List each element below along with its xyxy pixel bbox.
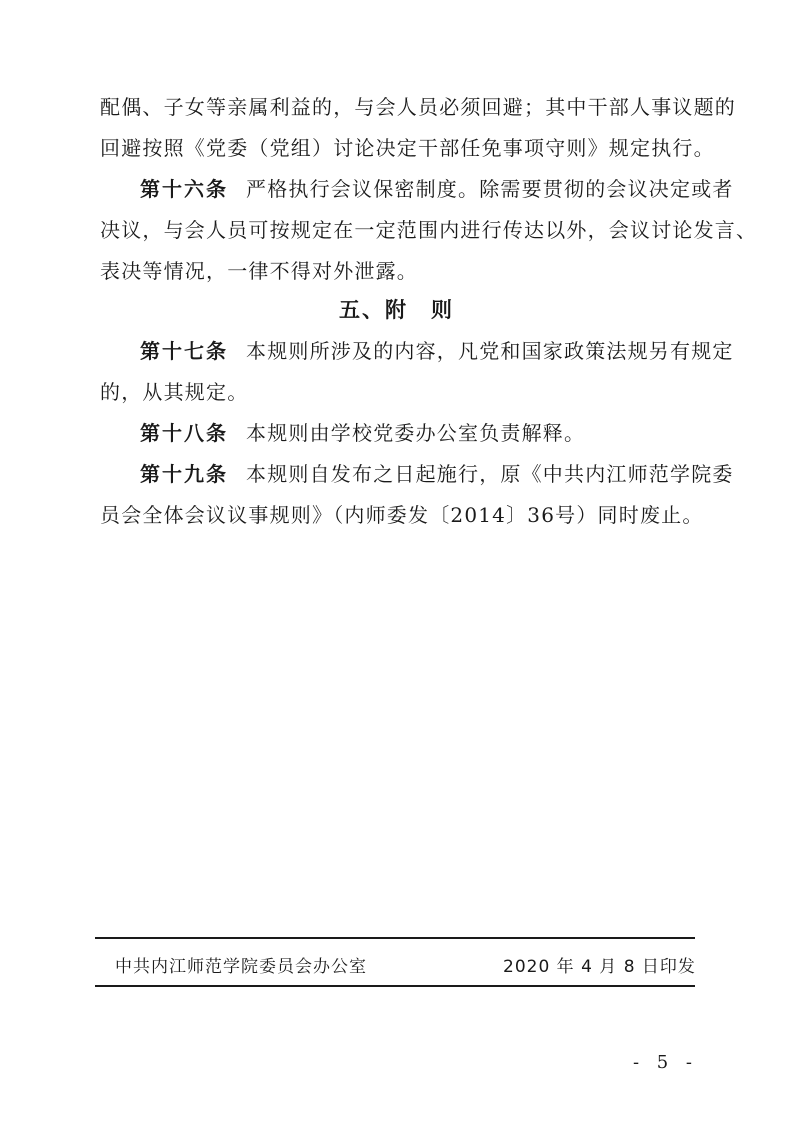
section-heading: 五、附 则 (0, 296, 793, 324)
article-17-line: 第十七条本规则所涉及的内容，凡党和国家政策法规另有规定 (140, 337, 720, 365)
paragraph-line: 决议，与会人员可按规定在一定范围内进行传达以外，会议讨论发言、 (100, 216, 720, 244)
article-text: 本规则所涉及的内容，凡党和国家政策法规另有规定 (246, 339, 734, 363)
article-number: 第十八条 (140, 421, 228, 445)
paragraph-line: 员会全体会议议事规则》（内师委发〔2014〕36号）同时废止。 (100, 501, 720, 529)
article-19-line: 第十九条本规则自发布之日起施行，原《中共内江师范学院委 (140, 460, 720, 488)
footer-top-rule (95, 937, 695, 939)
paragraph-line: 表决等情况，一律不得对外泄露。 (100, 257, 720, 285)
article-18-line: 第十八条本规则由学校党委办公室负责解释。 (140, 419, 720, 447)
paragraph-line: 回避按照《党委（党组）讨论决定干部任免事项守则》规定执行。 (100, 134, 720, 162)
page-number: - 5 - (633, 1052, 698, 1073)
paragraph-line: 配偶、子女等亲属利益的，与会人员必须回避；其中干部人事议题的 (100, 93, 720, 121)
article-number: 第十九条 (140, 462, 228, 486)
footer-date: 2020 年 4 月 8 日印发 (503, 955, 696, 979)
article-number: 第十七条 (140, 339, 228, 363)
article-16-line: 第十六条严格执行会议保密制度。除需要贯彻的会议决定或者 (140, 175, 720, 203)
footer-issuer: 中共内江师范学院委员会办公室 (115, 955, 367, 979)
article-text: 本规则由学校党委办公室负责解释。 (246, 421, 585, 445)
footer-bottom-rule (95, 985, 695, 987)
article-text: 严格执行会议保密制度。除需要贯彻的会议决定或者 (246, 177, 734, 201)
paragraph-line: 的，从其规定。 (100, 378, 720, 406)
article-number: 第十六条 (140, 177, 228, 201)
article-text: 本规则自发布之日起施行，原《中共内江师范学院委 (246, 462, 734, 486)
